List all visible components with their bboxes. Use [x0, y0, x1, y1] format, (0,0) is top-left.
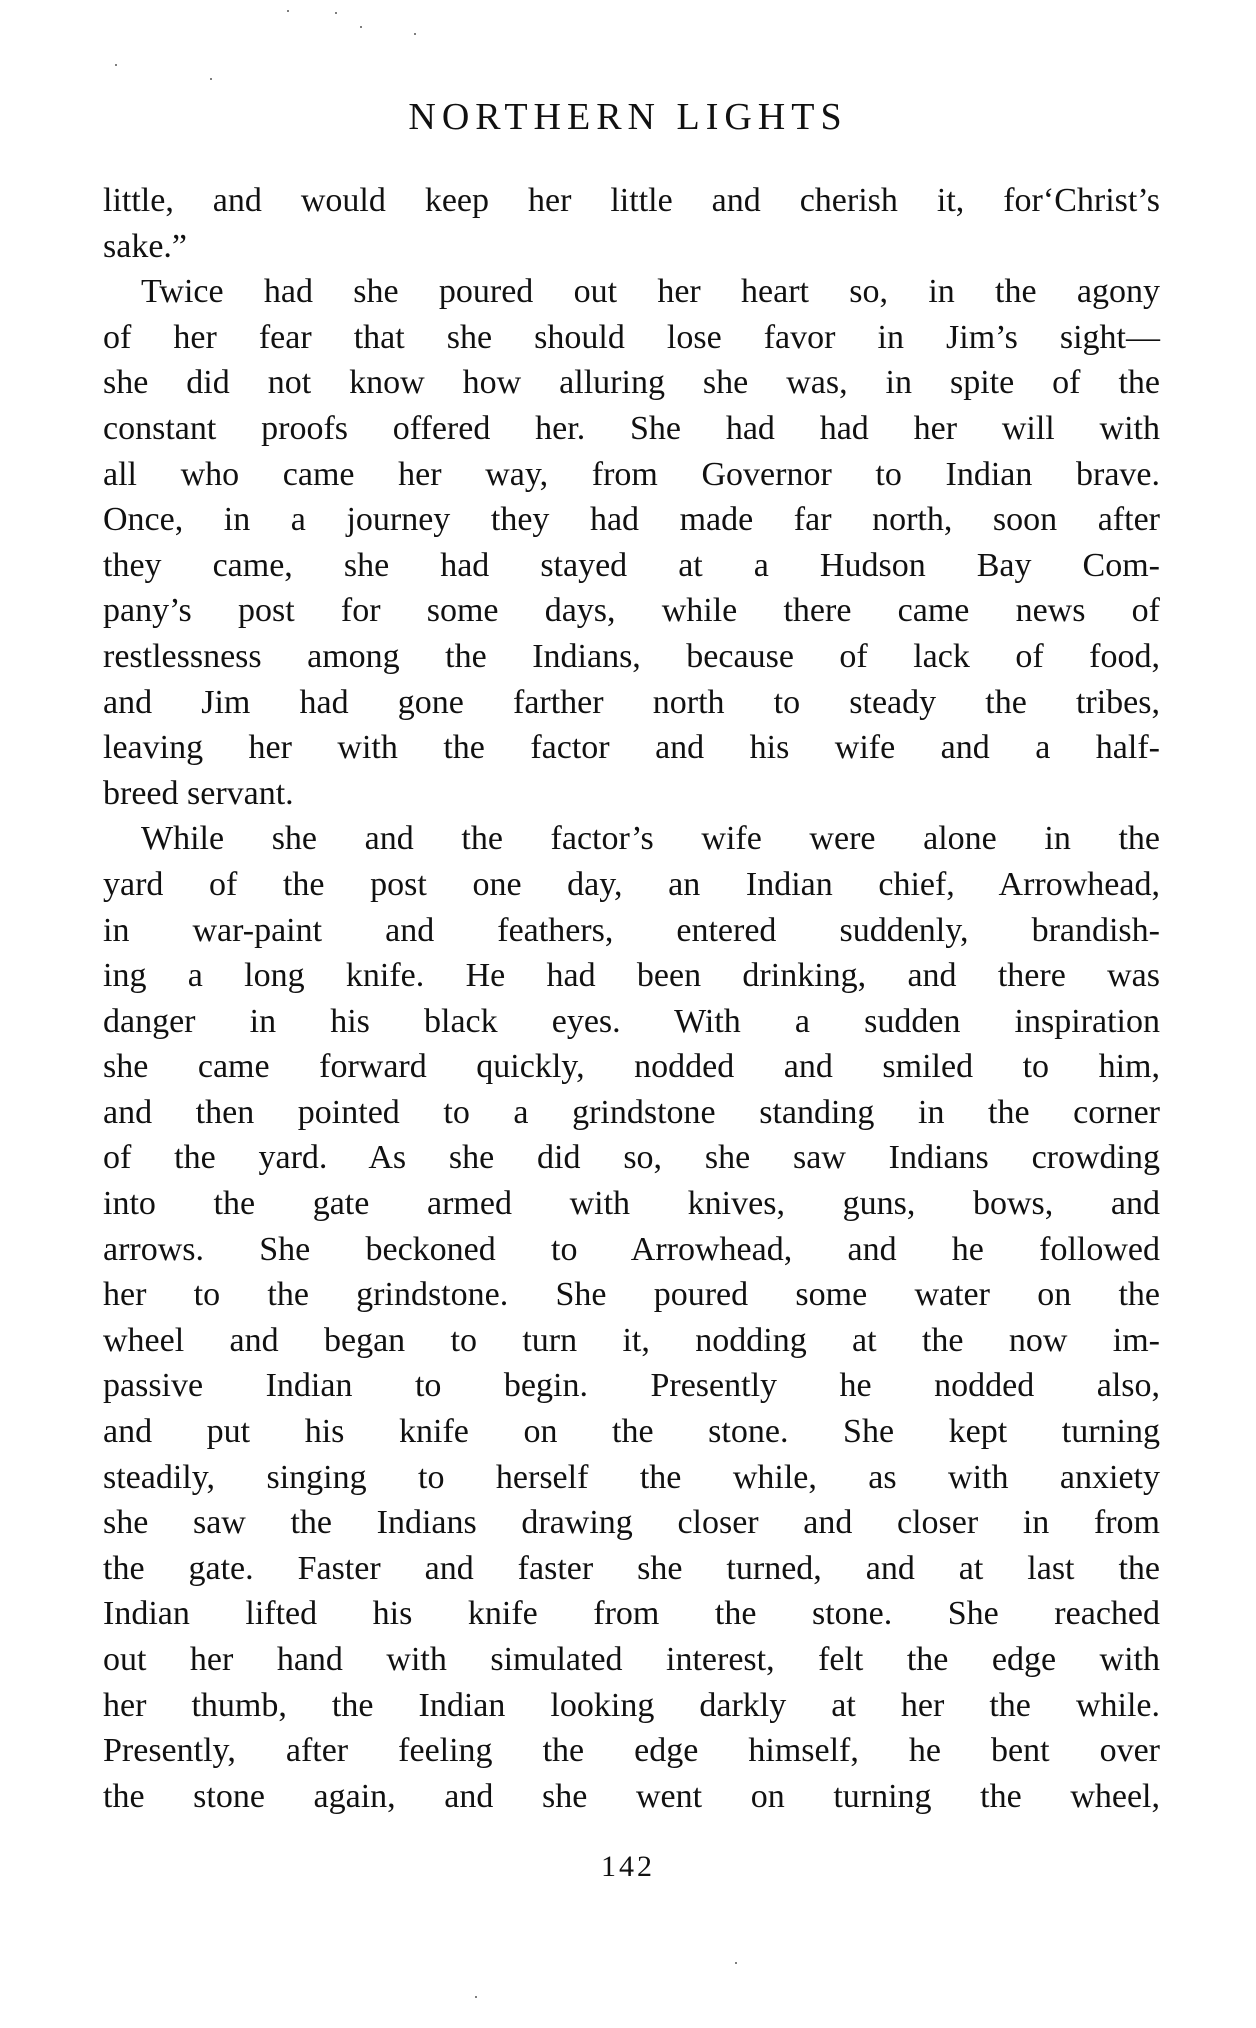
text-line: in war-paint and feathers, entered sudde… [103, 908, 1160, 954]
text-line: While she and the factor’s wife were alo… [103, 816, 1160, 862]
text-line: Once, in a journey they had made far nor… [103, 497, 1160, 543]
text-line: yard of the post one day, an Indian chie… [103, 862, 1160, 908]
text-line: she saw the Indians drawing closer and c… [103, 1500, 1160, 1546]
text-line: passive Indian to begin. Presently he no… [103, 1363, 1160, 1409]
text-line: breed servant. [103, 771, 1160, 817]
text-line: her to the grindstone. She poured some w… [103, 1272, 1160, 1318]
text-line: of her fear that she should lose favor i… [103, 315, 1160, 361]
text-line: restlessness among the Indians, because … [103, 634, 1160, 680]
text-line: sake.” [103, 224, 1160, 270]
paragraph: little, and would keep her little and ch… [103, 178, 1160, 269]
text-line: she came forward quickly, nodded and smi… [103, 1044, 1160, 1090]
scan-speck [335, 12, 337, 14]
paragraph: While she and the factor’s wife were alo… [103, 816, 1160, 1819]
paragraph: Twice had she poured out her heart so, i… [103, 269, 1160, 816]
text-line: she did not know how alluring she was, i… [103, 360, 1160, 406]
text-line: they came, she had stayed at a Hudson Ba… [103, 543, 1160, 589]
text-line: pany’s post for some days, while there c… [103, 588, 1160, 634]
scan-speck [735, 1962, 737, 1964]
scan-speck [475, 1996, 477, 1998]
text-line: wheel and began to turn it, nodding at t… [103, 1318, 1160, 1364]
text-line: Presently, after feeling the edge himsel… [103, 1728, 1160, 1774]
scan-speck [210, 78, 212, 80]
text-line: her thumb, the Indian looking darkly at … [103, 1683, 1160, 1729]
scan-speck [414, 33, 416, 35]
text-line: ing a long knife. He had been drinking, … [103, 953, 1160, 999]
body-text: little, and would keep her little and ch… [103, 178, 1160, 1819]
scan-speck [360, 26, 362, 28]
text-line: and then pointed to a grindstone standin… [103, 1090, 1160, 1136]
text-line: the stone again, and she went on turning… [103, 1774, 1160, 1820]
text-line: out her hand with simulated interest, fe… [103, 1637, 1160, 1683]
text-line: steadily, singing to herself the while, … [103, 1455, 1160, 1501]
text-line: and Jim had gone farther north to steady… [103, 680, 1160, 726]
text-line: constant proofs offered her. She had had… [103, 406, 1160, 452]
text-line: leaving her with the factor and his wife… [103, 725, 1160, 771]
text-line: into the gate armed with knives, guns, b… [103, 1181, 1160, 1227]
text-line: Indian lifted his knife from the stone. … [103, 1591, 1160, 1637]
text-line: arrows. She beckoned to Arrowhead, and h… [103, 1227, 1160, 1273]
text-line: all who came her way, from Governor to I… [103, 452, 1160, 498]
text-line: the gate. Faster and faster she turned, … [103, 1546, 1160, 1592]
text-line: and put his knife on the stone. She kept… [103, 1409, 1160, 1455]
book-page: NORTHERN LIGHTS little, and would keep h… [0, 0, 1256, 2028]
text-line: danger in his black eyes. With a sudden … [103, 999, 1160, 1045]
text-line: little, and would keep her little and ch… [103, 178, 1160, 224]
page-number: 142 [0, 1850, 1256, 1884]
scan-speck [115, 64, 117, 66]
scan-speck [287, 10, 289, 12]
running-head: NORTHERN LIGHTS [0, 92, 1256, 142]
text-line: Twice had she poured out her heart so, i… [103, 269, 1160, 315]
text-line: of the yard. As she did so, she saw Indi… [103, 1135, 1160, 1181]
